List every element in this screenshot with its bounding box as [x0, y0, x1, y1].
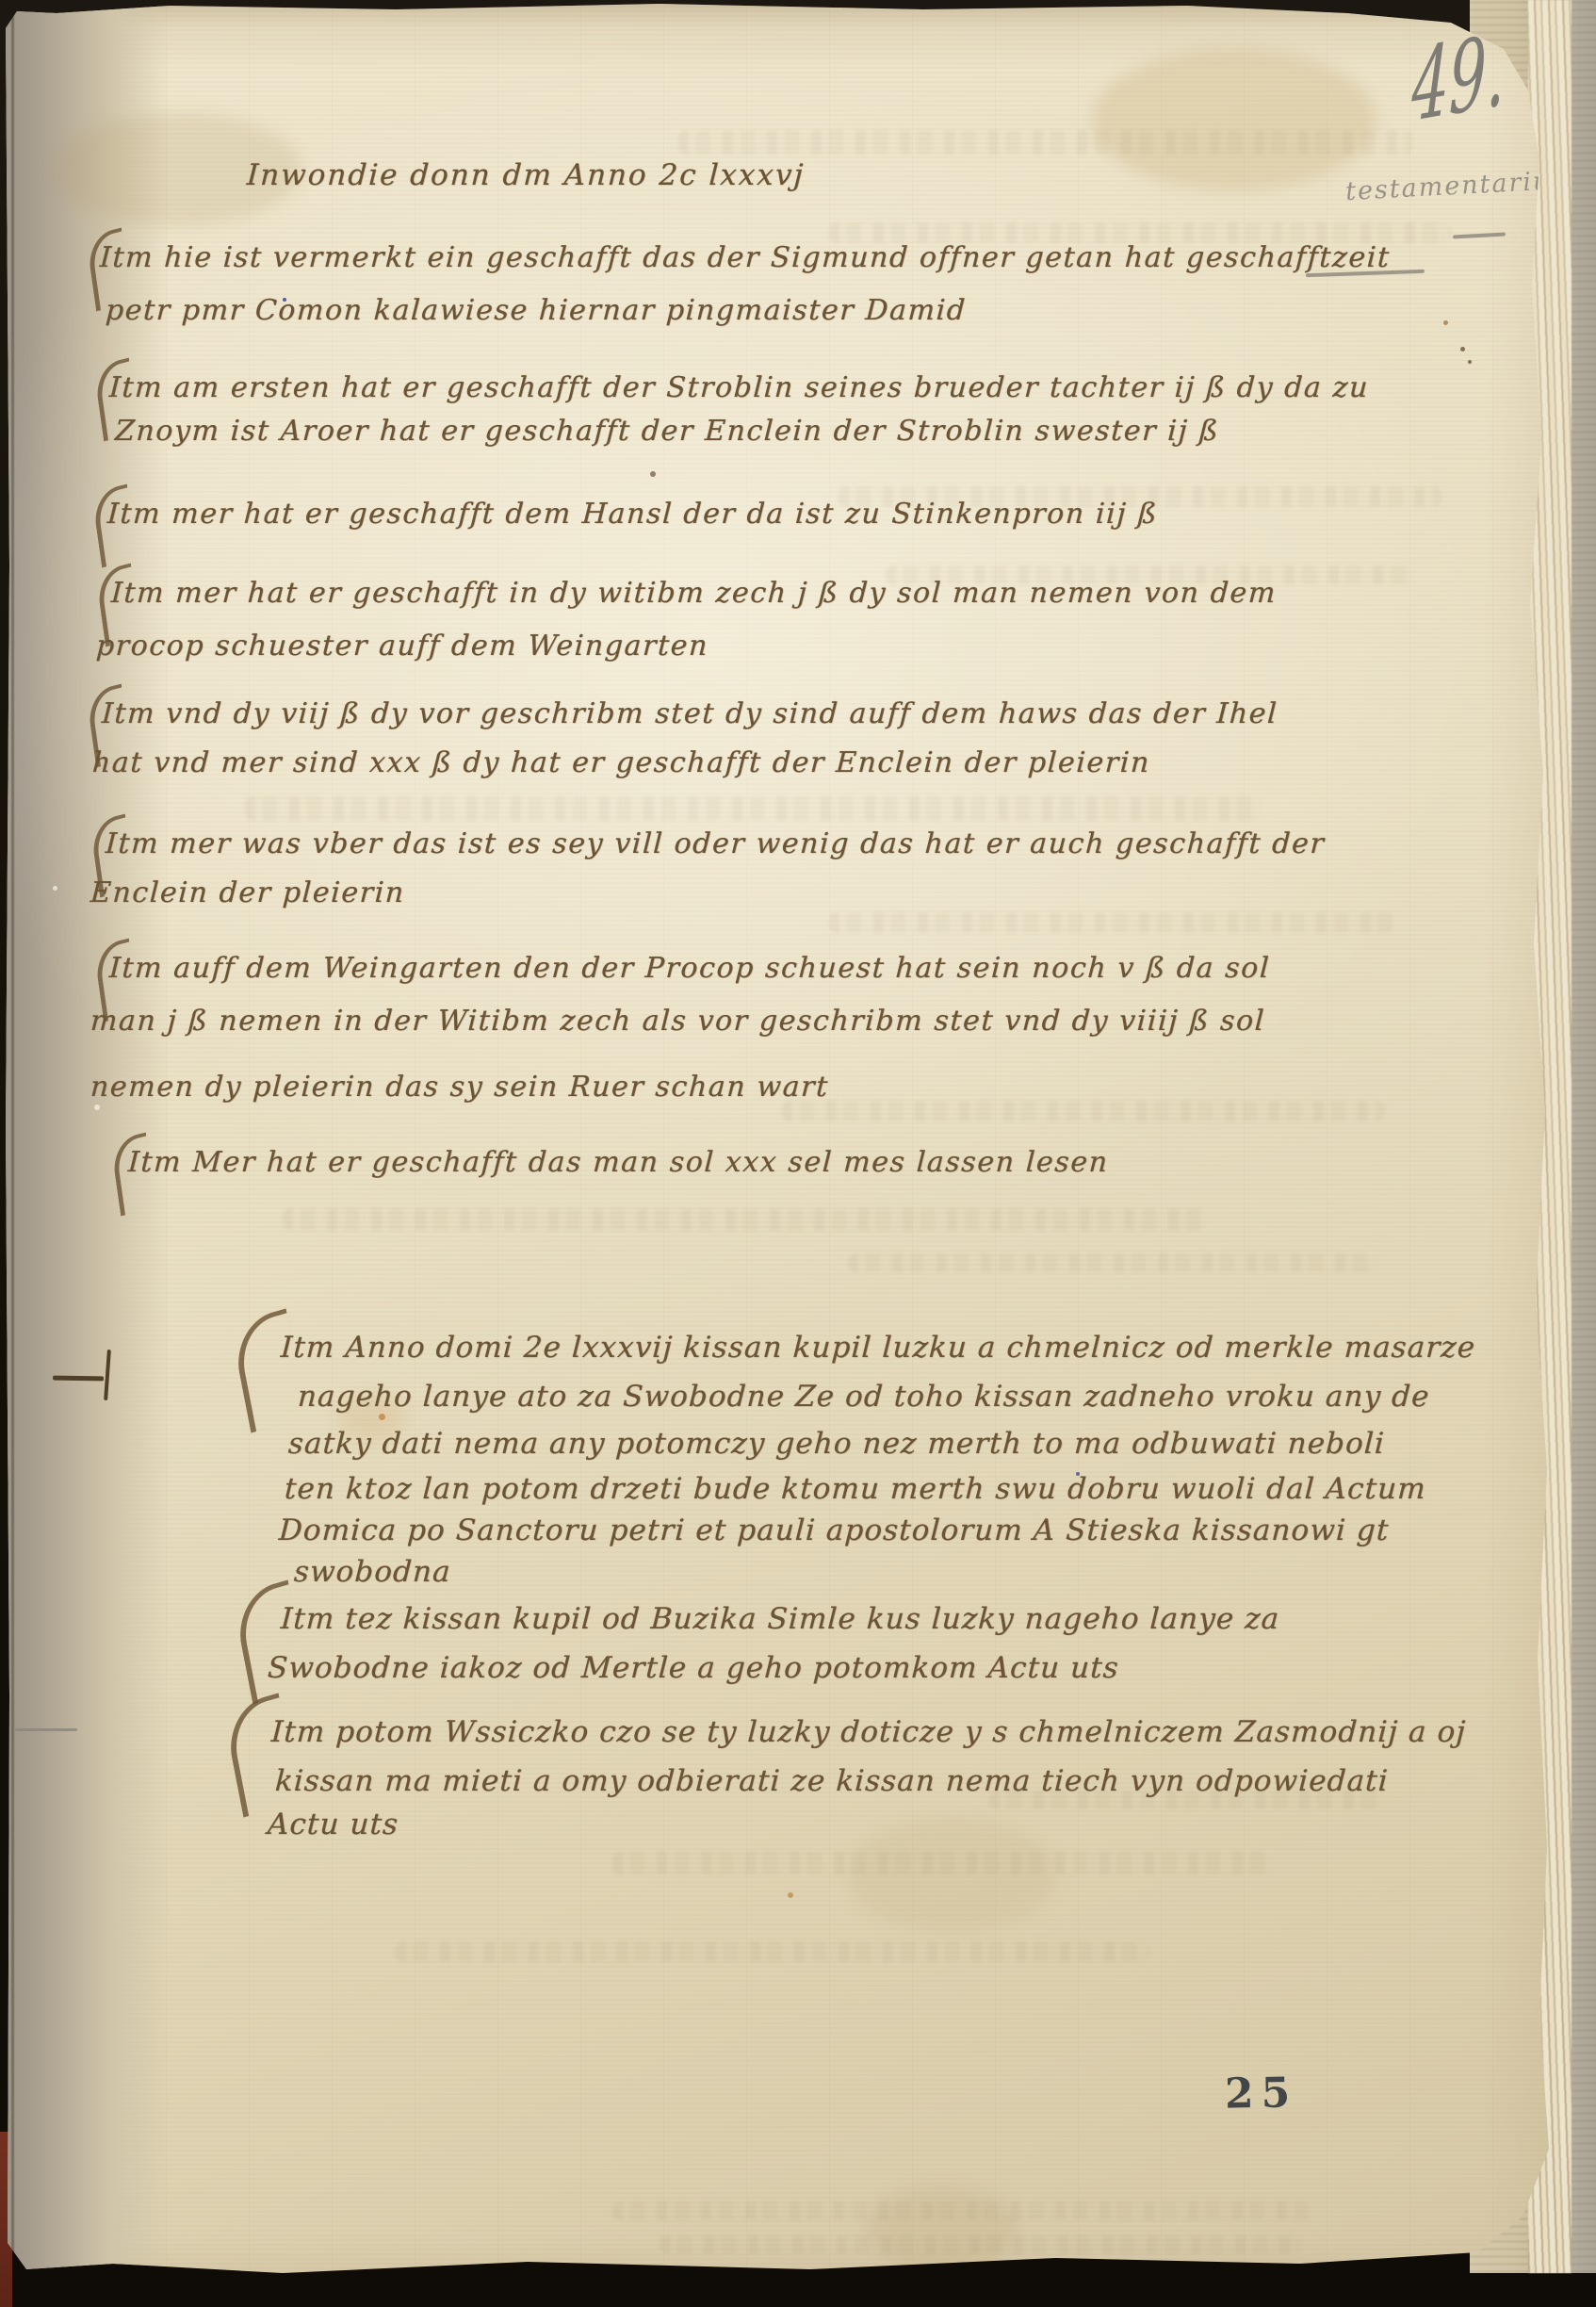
text-line: Enclein der pleierin [90, 876, 406, 909]
parchment-page: Inwondie donn dm Anno 2c lxxxvj Itm hie … [0, 0, 1596, 2307]
text-line: Itm vnd dy viij ß dy vor geschribm stet … [101, 697, 1278, 730]
text-line: Actu uts [267, 1808, 399, 1841]
text-line: man j ß nemen in der Witibm zech als vor… [90, 1005, 1266, 1038]
ink-speck [1460, 347, 1465, 352]
ink-speck [1468, 360, 1472, 364]
show-through [283, 1208, 1206, 1231]
text-line: kissan ma mieti a omy odbierati ze kissa… [274, 1764, 1390, 1798]
pencil-line [15, 1728, 77, 1731]
text-line: nageho lanye ato za Swobodne Ze od toho … [297, 1380, 1430, 1414]
dust-speck [53, 886, 57, 891]
text-line: procop schuester auff dem Weingarten [95, 630, 709, 663]
show-through [782, 1101, 1385, 1121]
show-through [848, 1253, 1376, 1272]
show-through [612, 2201, 1310, 2220]
ink-speck [379, 1414, 385, 1420]
manuscript-photo: Inwondie donn dm Anno 2c lxxxvj Itm hie … [0, 0, 1596, 2307]
margin-note-pencil: testamentarius [1344, 166, 1567, 206]
heading-line: Inwondie donn dm Anno 2c lxxxvj [246, 158, 806, 192]
show-through [396, 1941, 1149, 1962]
text-line: Itm mer hat er geschafft in dy witibm ze… [110, 577, 1278, 610]
stain [848, 1819, 1055, 1932]
dust-speck [94, 1104, 100, 1110]
ink-speck [1443, 320, 1448, 325]
text-line: swobodna [293, 1555, 452, 1589]
ink-speck [788, 1892, 793, 1898]
text-line: nemen dy pleierin das sy sein Ruer schan… [90, 1071, 830, 1104]
stain [867, 2186, 1018, 2271]
text-line: Itm auff dem Weingarten den der Procop s… [108, 952, 1271, 985]
show-through [678, 130, 1413, 155]
text-line: Itm potom Wssiczko czo se ty luzky dotic… [270, 1715, 1467, 1749]
text-line: Itm mer hat er geschafft dem Hansl der d… [106, 498, 1159, 531]
initial-flourish [230, 1308, 307, 1432]
margin-mark-ink [53, 1376, 104, 1382]
ink-speck [650, 471, 656, 477]
text-line: Itm Anno domi 2e lxxxvij kissan kupil lu… [280, 1331, 1476, 1365]
pencil-dash [1453, 233, 1506, 239]
show-through [829, 222, 1451, 243]
gutter-crease [11, 0, 14, 2307]
stain [1093, 49, 1376, 190]
text-line: ten ktoz lan potom drzeti bude ktomu mer… [284, 1472, 1427, 1506]
text-line: hat vnd mer sind xxx ß dy hat er geschaf… [91, 746, 1151, 779]
text-line: satky dati nema any potomczy geho nez me… [287, 1427, 1386, 1461]
stamp-page-number: 25 [1225, 2069, 1298, 2118]
text-line: Itm tez kissan kupil od Buzika Simle kus… [280, 1602, 1280, 1636]
text-line: Itm hie ist vermerkt ein geschafft das d… [99, 241, 1391, 274]
text-line: Itm am ersten hat er geschafft der Strob… [108, 371, 1370, 404]
text-line: petr pmr Comon kalawiese hiernar pingmai… [105, 294, 968, 327]
show-through [612, 1852, 1272, 1874]
text-line: Domica po Sanctoru petri et pauli aposto… [278, 1513, 1390, 1547]
text-line: Itm mer was vber das ist es sey vill ode… [105, 827, 1326, 860]
show-through [829, 912, 1394, 933]
initial-flourish [232, 1579, 309, 1704]
show-through [245, 796, 1262, 821]
text-line: Znoym ist Aroer hat er geschafft der Enc… [114, 415, 1220, 448]
show-through [660, 2235, 1300, 2254]
text-line: Swobodne iakoz od Mertle a geho potomkom… [267, 1651, 1120, 1685]
margin-mark-ink [104, 1350, 111, 1400]
text-line: Itm Mer hat er geschafft das man sol xxx… [127, 1146, 1109, 1179]
initial-flourish [222, 1693, 300, 1817]
